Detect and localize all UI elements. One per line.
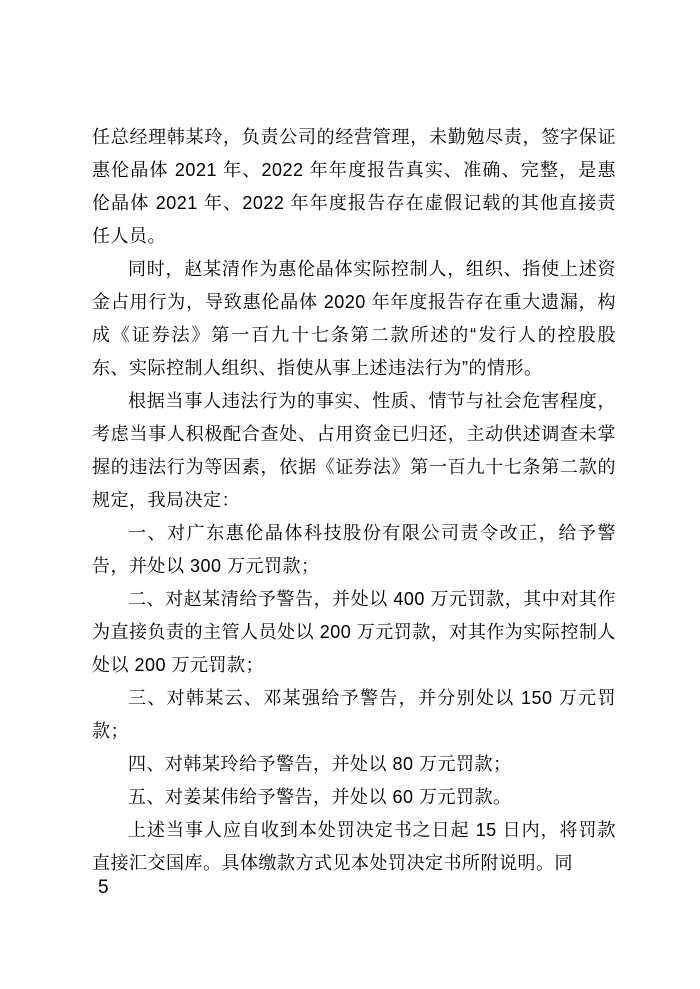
document-body: 任总经理韩某玲，负责公司的经营管理，未勤勉尽责，签字保证惠伦晶体 2021 年、… [92,121,616,880]
page-number: 5 [98,874,109,902]
paragraph-penalty-item-3: 三、对韩某云、邓某强给予警告，并分别处以 150 万元罚款； [92,682,616,748]
paragraph-responsibility-statement: 任总经理韩某玲，负责公司的经营管理，未勤勉尽责，签字保证惠伦晶体 2021 年、… [92,121,616,253]
paragraph-actual-controller-finding: 同时，赵某清作为惠伦晶体实际控制人，组织、指使上述资金占用行为，导致惠伦晶体 2… [92,253,616,385]
paragraph-penalty-item-2: 二、对赵某清给予警告，并处以 400 万元罚款，其中对其作为直接负责的主管人员处… [92,583,616,682]
paragraph-payment-instruction: 上述当事人应自收到本处罚决定书之日起 15 日内，将罚款直接汇交国库。具体缴款方… [92,814,616,880]
paragraph-penalty-item-5: 五、对姜某伟给予警告，并处以 60 万元罚款。 [92,781,616,814]
paragraph-decision-basis: 根据当事人违法行为的事实、性质、情节与社会危害程度，考虑当事人积极配合查处、占用… [92,385,616,517]
document-page: 任总经理韩某玲，负责公司的经营管理，未勤勉尽责，签字保证惠伦晶体 2021 年、… [0,0,700,989]
paragraph-penalty-item-4: 四、对韩某玲给予警告，并处以 80 万元罚款； [92,748,616,781]
paragraph-penalty-item-1: 一、对广东惠伦晶体科技股份有限公司责令改正，给予警告，并处以 300 万元罚款； [92,517,616,583]
